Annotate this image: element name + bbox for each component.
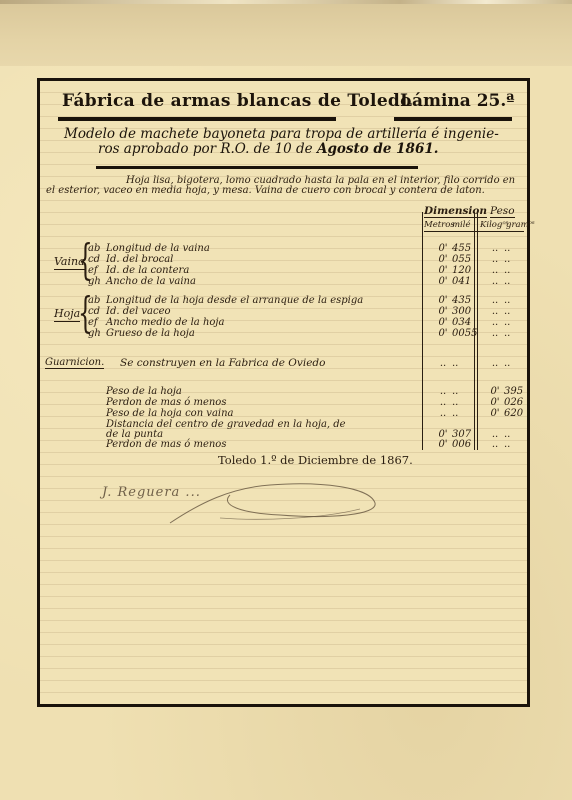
subtitle-line-1: Modelo de machete bayoneta para tropa de… (64, 126, 499, 142)
gramos-subheader: gramᵒˢ (506, 220, 535, 230)
subtitle-underline (96, 166, 418, 169)
signature: J. Reguera ... (102, 485, 201, 500)
table-row: cd Id. del vaceo 0' 300 .. .. (40, 306, 527, 317)
title-underline (58, 117, 336, 121)
table-row: ab Longitud de la vaina 0' 455 .. .. (40, 243, 527, 254)
kilos-subheader: Kilogᵒˢ (480, 220, 508, 230)
subheader-rule (424, 231, 524, 232)
table-row: Perdon de mas ó menos 0' 006 .. .. (40, 439, 527, 450)
model-subtitle: Modelo de machete bayoneta para tropa de… (64, 127, 516, 157)
plate-underline (394, 117, 512, 121)
table-row: Peso de la hoja con vaina .. .. 0' 620 (40, 408, 527, 419)
peso-header: Peso (490, 205, 515, 218)
table-row: Perdon de mas ó menos .. .. 0' 026 (40, 397, 527, 408)
torn-edge (0, 0, 572, 4)
table-row: Peso de la hoja .. .. 0' 395 (40, 386, 527, 397)
plate-number: Lámina 25.ª (400, 91, 515, 111)
table-row: .. .. .. .. (40, 358, 527, 369)
table-row: ef Ancho medio de la hoja 0' 034 .. .. (40, 317, 527, 328)
table-row: cd Id. del brocal 0' 055 .. .. (40, 254, 527, 265)
signature-flourish (160, 473, 400, 533)
place-date: Toledo 1.º de Diciembre de 1867. (218, 453, 413, 467)
factory-title: Fábrica de armas blancas de Toledo (62, 91, 412, 111)
table-row: gh Grueso de la hoja 0' 0055 .. .. (40, 328, 527, 339)
dimension-header: Dimension (424, 205, 487, 218)
document-frame: Fábrica de armas blancas de Toledo Lámin… (37, 78, 530, 707)
metros-subheader: Metros (424, 220, 455, 230)
table-row: ab Longitud de la hoja desde el arranque… (40, 295, 527, 306)
blade-description: Hoja lisa, bigotera, lomo cuadrado hasta… (46, 176, 520, 196)
mili-subheader: milé (452, 220, 471, 230)
backing-page (0, 0, 572, 68)
table-row: gh Ancho de la vaina 0' 041 .. .. (40, 276, 527, 287)
table-row: ef Id. de la contera 0' 120 .. .. (40, 265, 527, 276)
subtitle-line-2: ros aprobado por R.O. de 10 de Agosto de… (64, 142, 516, 157)
